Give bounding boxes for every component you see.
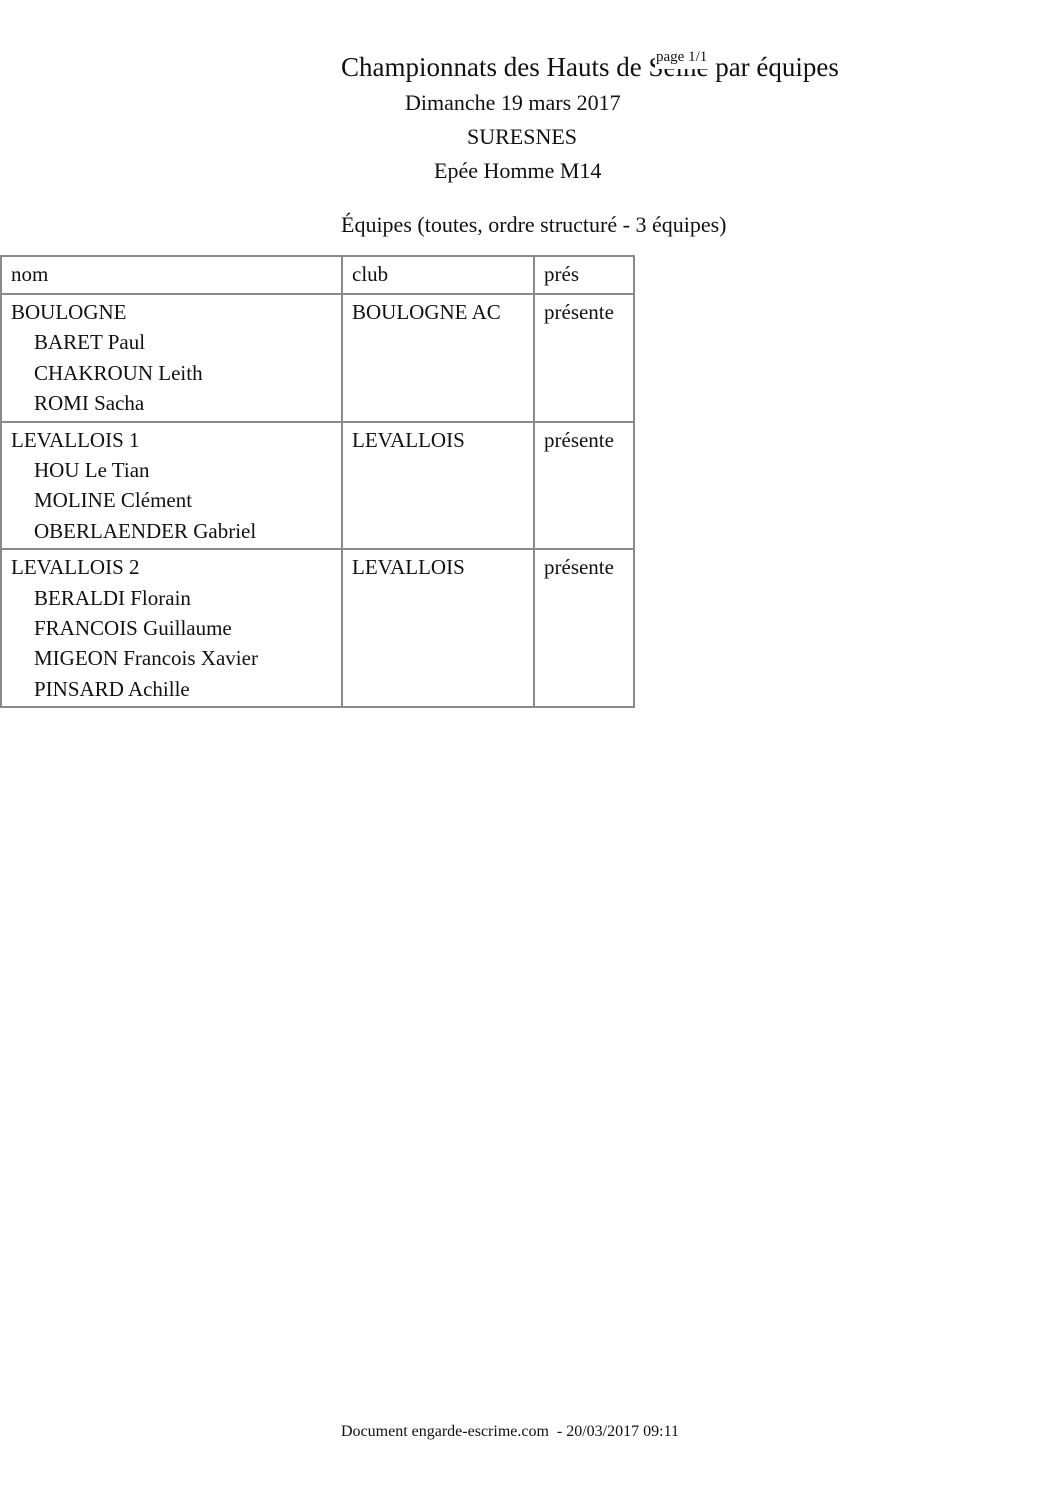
team-member: OBERLAENDER Gabriel [11,516,332,546]
table-row: LEVALLOIS 2 BERALDI Florain FRANCOIS Gui… [1,549,634,707]
team-member: HOU Le Tian [11,455,332,485]
team-cell: BOULOGNE BARET Paul CHAKROUN Leith ROMI … [1,294,342,422]
club-cell: LEVALLOIS [342,422,534,550]
team-member: MIGEON Francois Xavier [11,643,332,673]
table-row: LEVALLOIS 1 HOU Le Tian MOLINE Clément O… [1,422,634,550]
team-cell: LEVALLOIS 1 HOU Le Tian MOLINE Clément O… [1,422,342,550]
column-header-nom: nom [1,256,342,294]
presence-cell: présente [534,422,634,550]
team-member: ROMI Sacha [11,388,332,418]
team-member: MOLINE Clément [11,485,332,515]
team-member: PINSARD Achille [11,674,332,704]
event-location: SURESNES [467,123,577,151]
document-title: Championnats des Hauts de Seine par équi… [341,50,839,84]
event-date: Dimanche 19 mars 2017 [405,89,621,117]
team-member: FRANCOIS Guillaume [11,613,332,643]
team-name: LEVALLOIS 1 [11,425,332,455]
team-name: LEVALLOIS 2 [11,552,332,582]
page-number: page 1/1 [655,48,708,69]
table-caption: Équipes (toutes, ordre structuré - 3 équ… [341,211,727,239]
event-category: Epée Homme M14 [434,157,601,185]
column-header-club: club [342,256,534,294]
column-header-presence: prés [534,256,634,294]
presence-cell: présente [534,549,634,707]
club-cell: LEVALLOIS [342,549,534,707]
table-header-row: nom club prés [1,256,634,294]
team-cell: LEVALLOIS 2 BERALDI Florain FRANCOIS Gui… [1,549,342,707]
team-member: BERALDI Florain [11,583,332,613]
team-name: BOULOGNE [11,297,332,327]
table-row: BOULOGNE BARET Paul CHAKROUN Leith ROMI … [1,294,634,422]
club-cell: BOULOGNE AC [342,294,534,422]
teams-table: nom club prés BOULOGNE BARET Paul CHAKRO… [0,255,635,708]
document-footer: Document engarde-escrime.com - 20/03/201… [341,1422,679,1442]
presence-cell: présente [534,294,634,422]
team-member: CHAKROUN Leith [11,358,332,388]
team-member: BARET Paul [11,327,332,357]
